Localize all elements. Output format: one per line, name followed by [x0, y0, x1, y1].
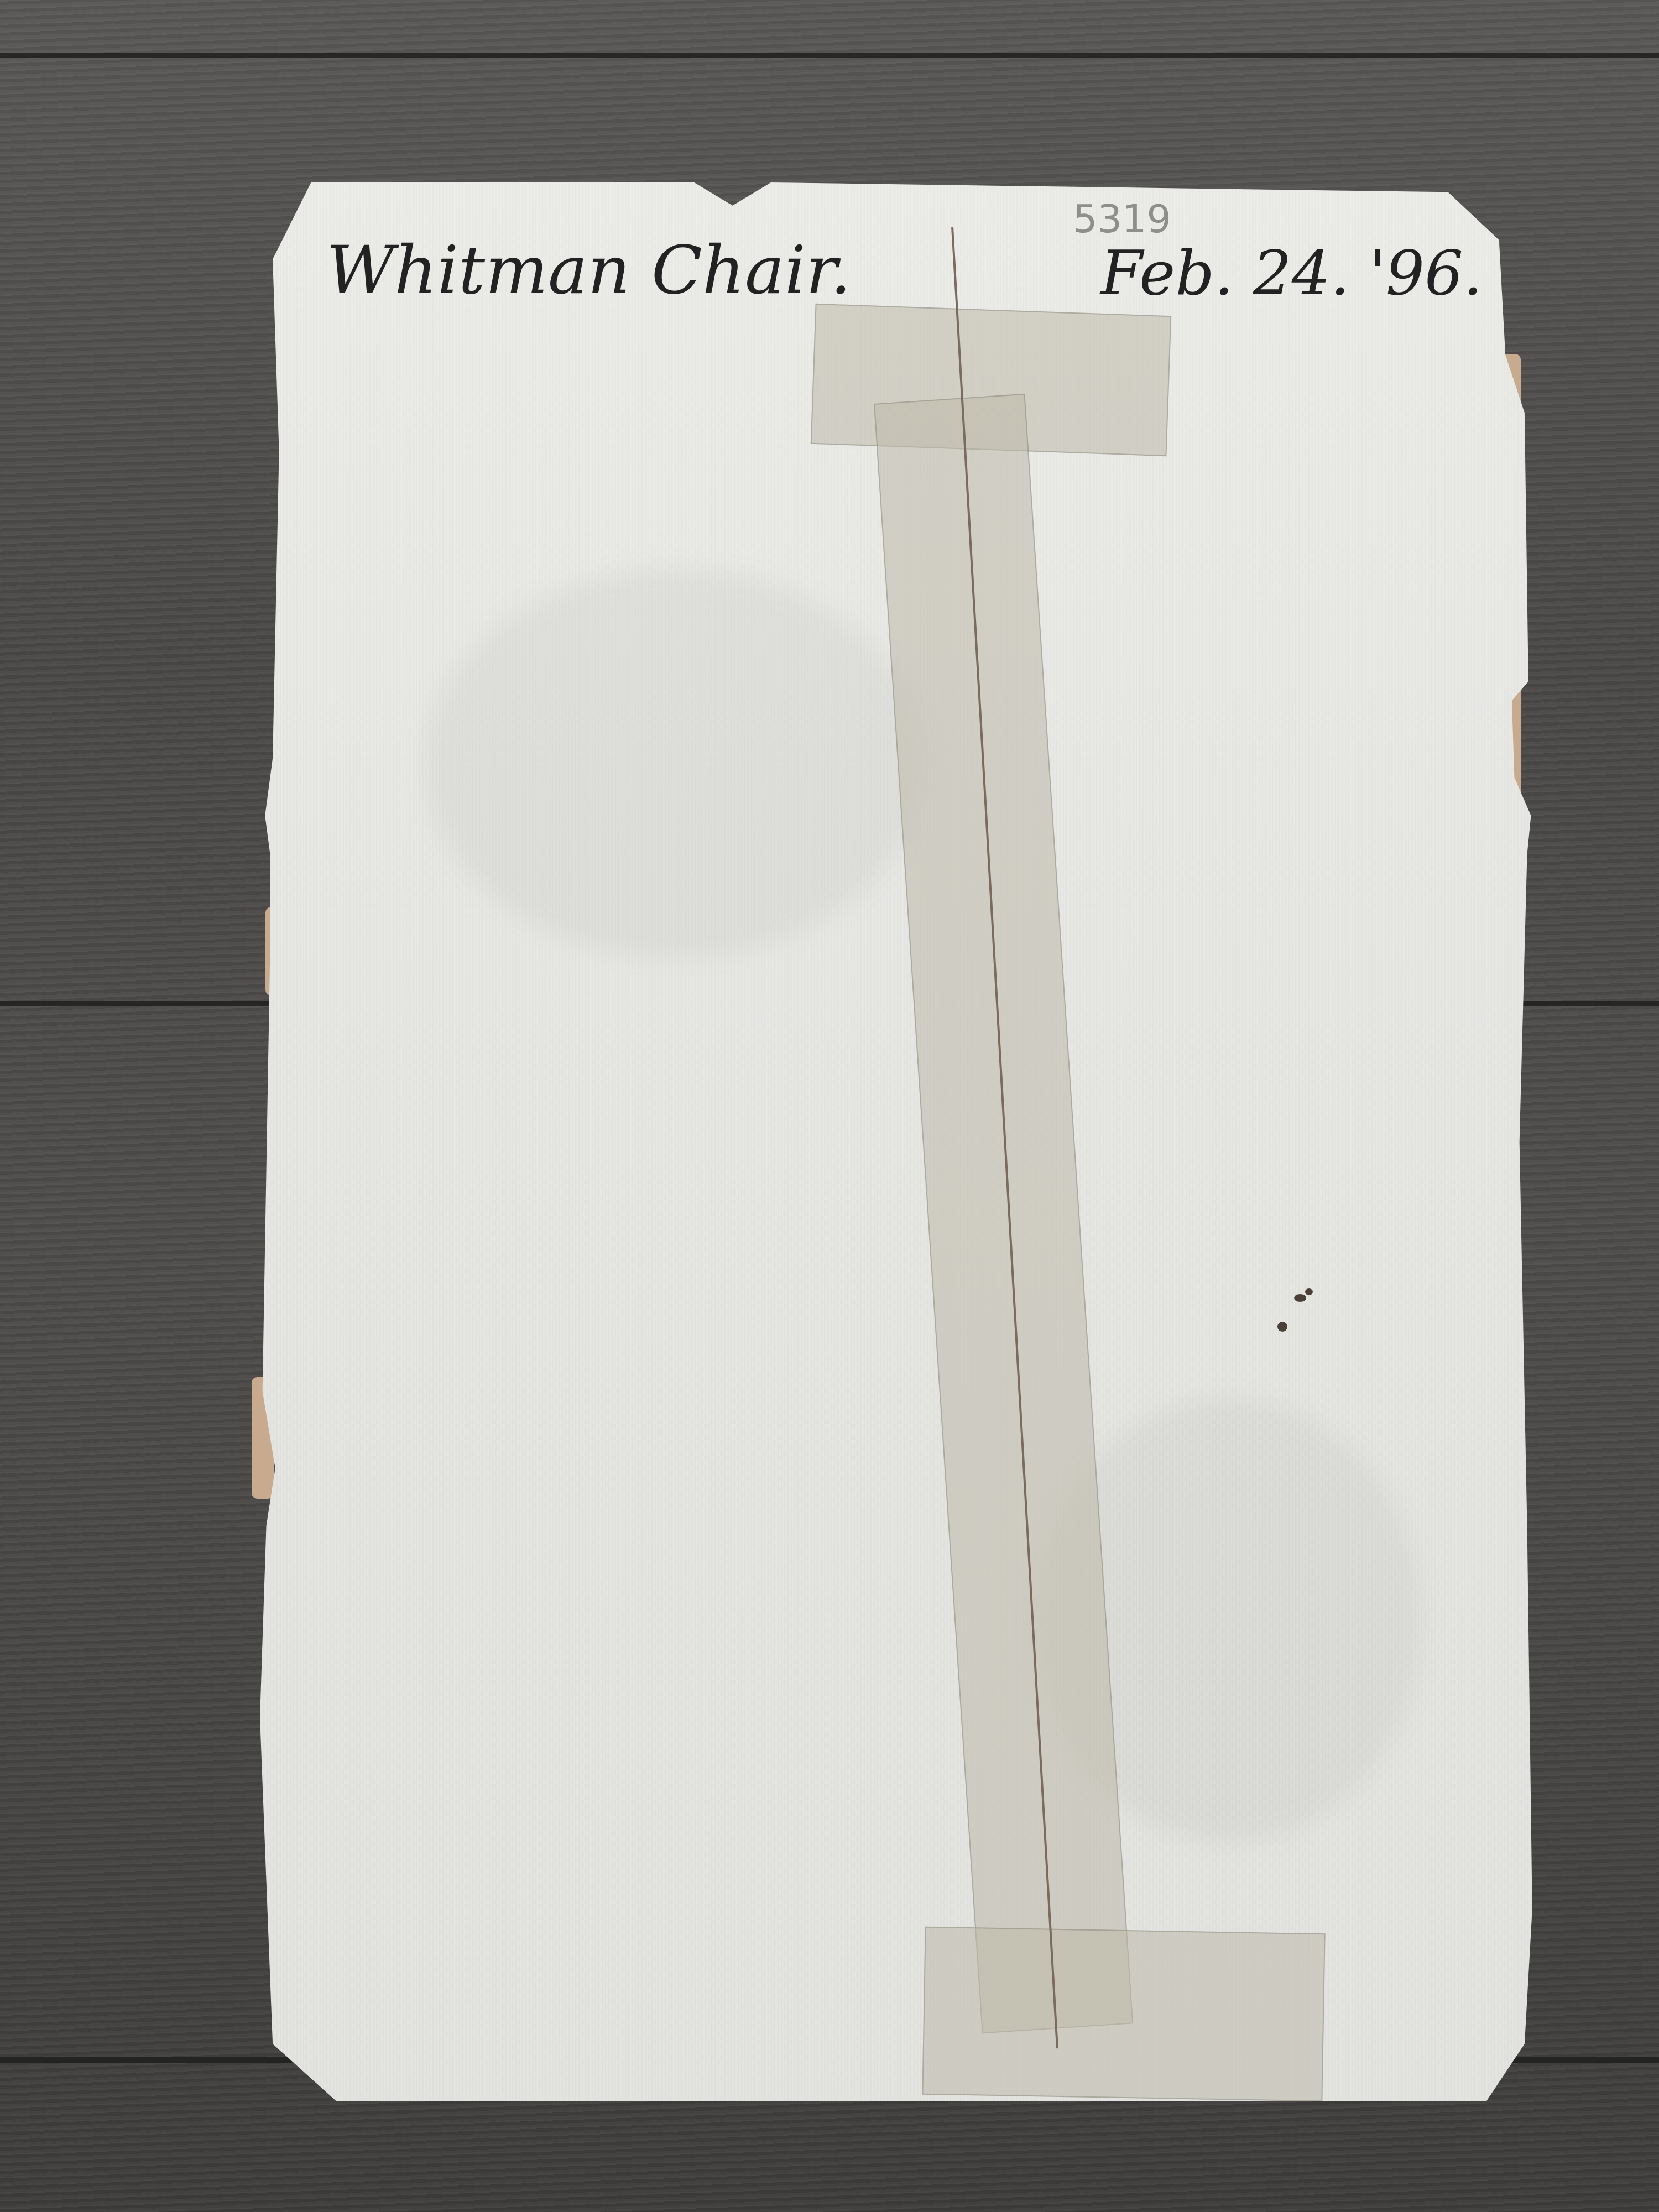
stain [426, 570, 924, 957]
pencil-number: 5319 [1073, 196, 1171, 242]
plank-seam [0, 53, 1659, 58]
handwritten-date: Feb. 24. '96. [1100, 238, 1483, 309]
dirt-spot [1305, 1288, 1313, 1295]
tape-vertical [874, 394, 1133, 2034]
tape-bottom [922, 1927, 1325, 2102]
dirt-spot [1277, 1322, 1287, 1332]
antique-card: Whitman Chair. Feb. 24. '96. 5319 [260, 182, 1537, 2101]
handwritten-title: Whitman Chair. [326, 232, 851, 309]
dirt-spot [1294, 1294, 1306, 1302]
